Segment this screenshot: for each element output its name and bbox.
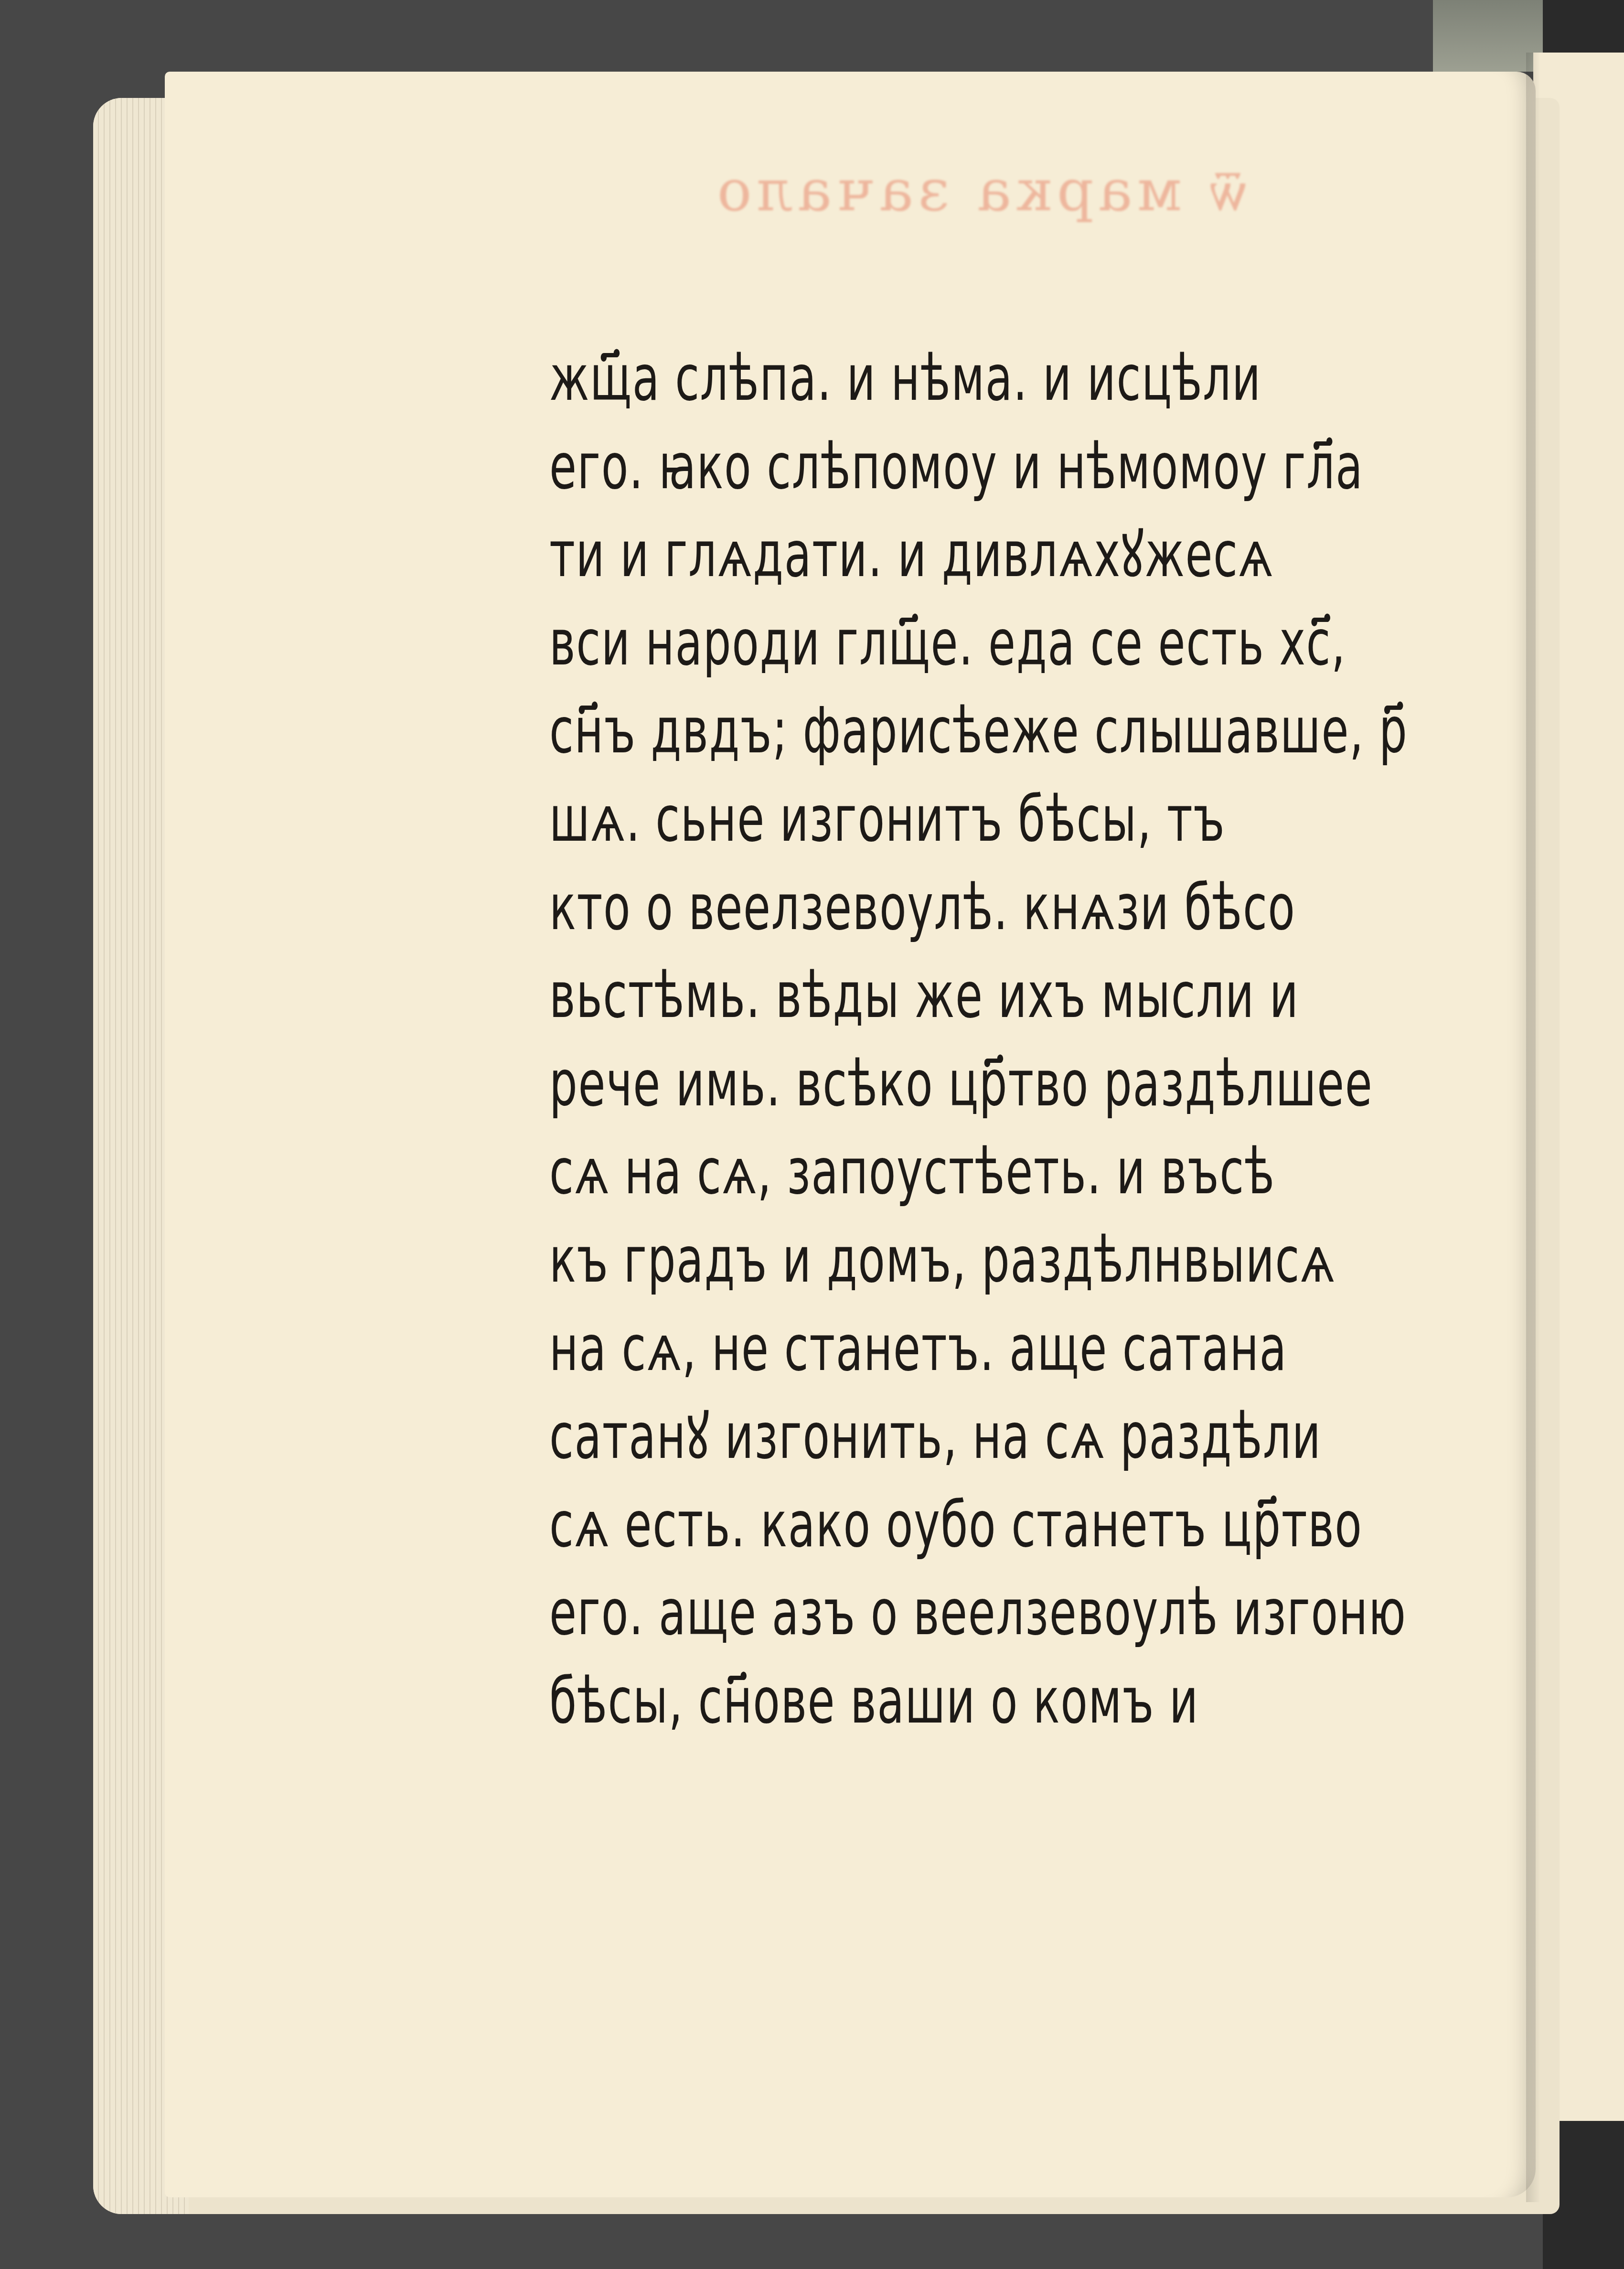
text-line: сатанꙋ изгонить, на сѧ раздѣли (549, 1392, 1257, 1481)
rubric-bleed-through: ѿ марка зачало (487, 158, 1471, 224)
text-line: шѧ. сьне изгонитъ бѣсы, тъ (549, 775, 1257, 864)
text-line: сн҃ъ двдъ; фарисѣеже слышавше, р҃ (549, 687, 1257, 775)
text-line: на сѧ, не станетъ. аще сатана (549, 1305, 1257, 1393)
gutter-shadow (1526, 53, 1540, 2202)
text-line: его. аще азъ о веелзевоулѣ изгоню (549, 1569, 1257, 1657)
text-line: рече имь. всѣко цр҃тво раздѣлшее (549, 1040, 1257, 1128)
text-line: вси народи глщ҃е. еда се есть хс҃, (549, 599, 1257, 687)
text-line: ти и глѧдати. и дивлѧхꙋжесѧ (549, 511, 1257, 599)
text-line: вьстѣмь. вѣды же ихъ мысли и (549, 952, 1257, 1040)
text-line: сѧ на сѧ, запоустѣеть. и въсѣ (549, 1128, 1257, 1216)
text-line: жщ҃а слѣпа. и нѣма. и исцѣли (549, 334, 1257, 423)
manuscript-text: жщ҃а слѣпа. и нѣма. и исцѣли его. ꙗко сл… (549, 334, 1457, 1745)
text-line: его. ꙗко слѣпомоу и нѣмомоу гл҃а (549, 423, 1257, 511)
text-line: сѧ есть. како оубо станетъ цр҃тво (549, 1481, 1257, 1569)
text-line: бѣсы, сн҃ове ваши о комъ и (549, 1657, 1257, 1745)
text-line: кто о веелзевоулѣ. кнѧзи бѣсо (549, 864, 1257, 952)
text-line: къ градъ и домъ, раздѣлнвыисѧ (549, 1216, 1257, 1305)
